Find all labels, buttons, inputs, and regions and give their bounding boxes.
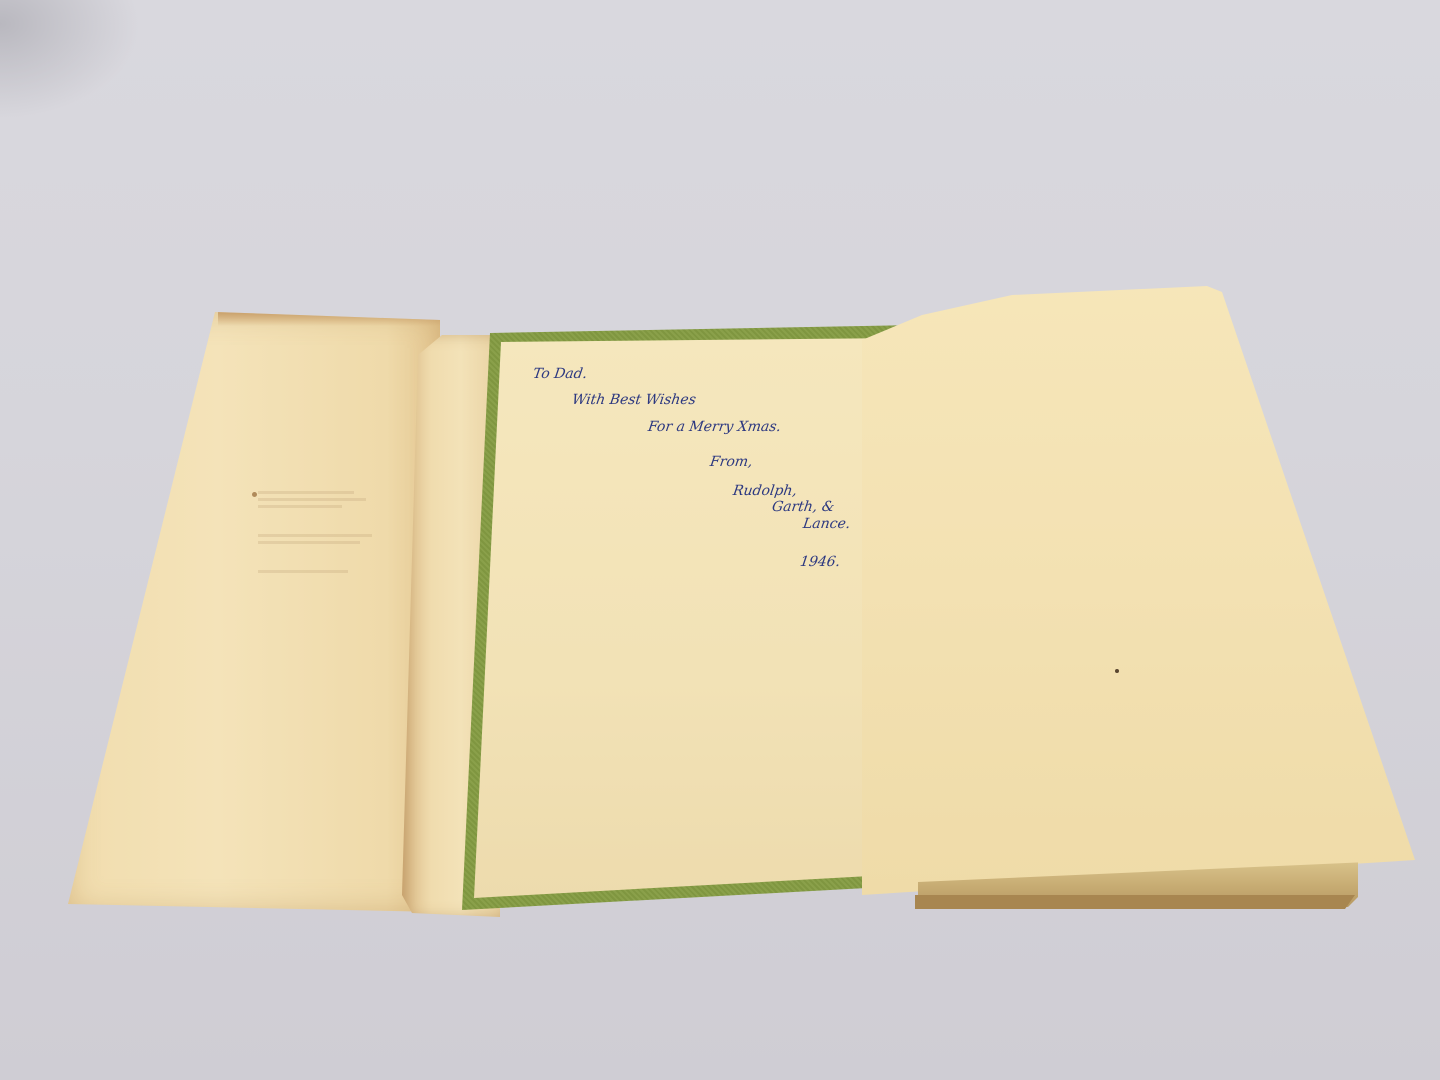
inscription-line: With Best Wishes [571, 393, 697, 407]
table-surface-shadow [0, 0, 140, 120]
rear-board-edge [915, 895, 1355, 909]
right-text-block-page [862, 280, 1417, 895]
inscription-line: To Dad. [532, 367, 588, 381]
inscription-line: 1946. [799, 555, 841, 569]
foxing-speck [1115, 669, 1119, 673]
faint-show-through-text [258, 487, 378, 577]
inscription-line: Garth, & [771, 500, 835, 514]
inscription-line: Rudolph, [732, 484, 798, 498]
inscription-line: For a Merry Xmas. [647, 420, 782, 434]
photo-scene: To Dad. With Best Wishes For a Merry Xma… [0, 0, 1440, 1080]
inscription-line: Lance. [802, 517, 851, 531]
inscription-line: From, [709, 455, 754, 469]
foxing-speck [252, 492, 257, 497]
dust-jacket-flap [68, 312, 443, 912]
